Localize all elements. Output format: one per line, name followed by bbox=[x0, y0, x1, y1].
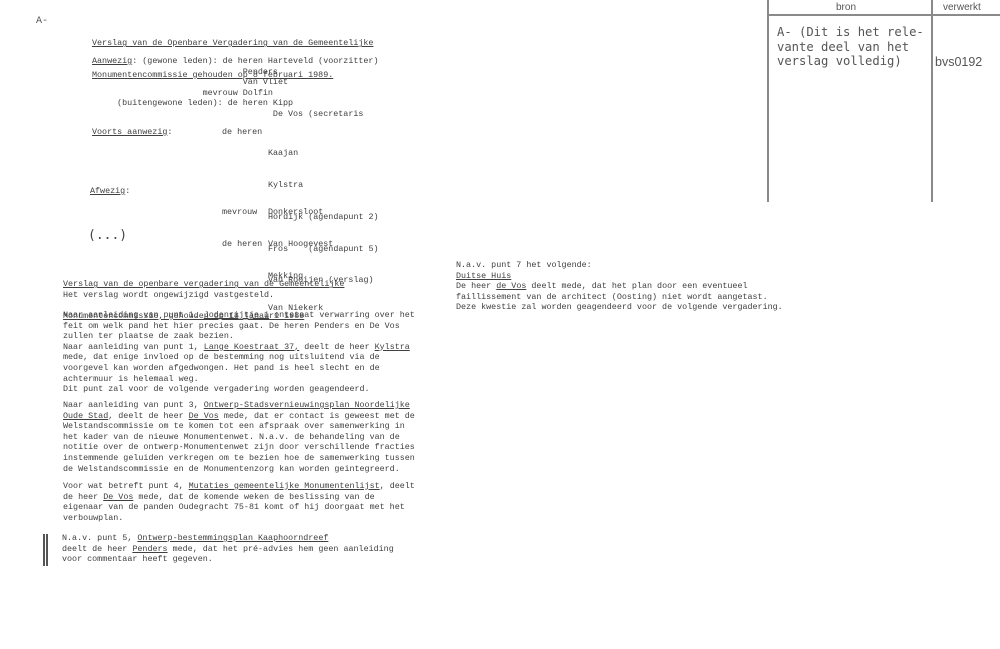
table-header-divider bbox=[767, 14, 1000, 16]
voorts-aanwezig-group: de heren bbox=[222, 127, 262, 138]
bron-note: A- (Dit is het rele-vante deel van hetve… bbox=[777, 25, 924, 69]
margin-mark-bar-1 bbox=[43, 534, 45, 566]
table-column-divider bbox=[931, 0, 933, 202]
minutes-intro: Het verslag wordt ongewijzigd vastgestel… bbox=[63, 290, 274, 301]
section-marker: A- bbox=[36, 17, 48, 28]
header-bron: bron bbox=[836, 2, 856, 13]
voorts-aanwezig-label: Voorts aanwezig: bbox=[92, 127, 172, 138]
margin-mark-bar-2 bbox=[46, 534, 48, 566]
ellipsis: (...) bbox=[88, 228, 127, 243]
attendance-present: Aanwezig: (gewone leden): de heren Harte… bbox=[92, 56, 378, 120]
paragraph-punt-5: N.a.v. punt 5, Ontwerp-bestemmingsplan K… bbox=[62, 533, 394, 565]
table-left-border bbox=[767, 0, 769, 202]
afwezig-label: Afwezig: bbox=[90, 186, 130, 197]
verwerkt-code: bvs0192 bbox=[935, 55, 982, 69]
afwezig-groups: mevrouw de heren bbox=[222, 186, 262, 260]
paragraph-punt-1a: Naar aanleiding van punt 1. Jodenrijtje … bbox=[63, 310, 415, 342]
header-verwerkt: verwerkt bbox=[943, 2, 981, 13]
aanwezig-label: Aanwezig bbox=[92, 56, 132, 66]
paragraph-punt-4: Voor wat betreft punt 4, Mutaties gemeen… bbox=[63, 481, 415, 523]
paragraph-punt-3: Naar aanleiding van punt 3, Ontwerp-Stad… bbox=[63, 400, 415, 474]
paragraph-punt-7: N.a.v. punt 7 het volgende:Duitse HuisDe… bbox=[456, 260, 783, 313]
paragraph-punt-1b: Naar aanleiding van punt 1, Lange Koestr… bbox=[63, 342, 410, 395]
